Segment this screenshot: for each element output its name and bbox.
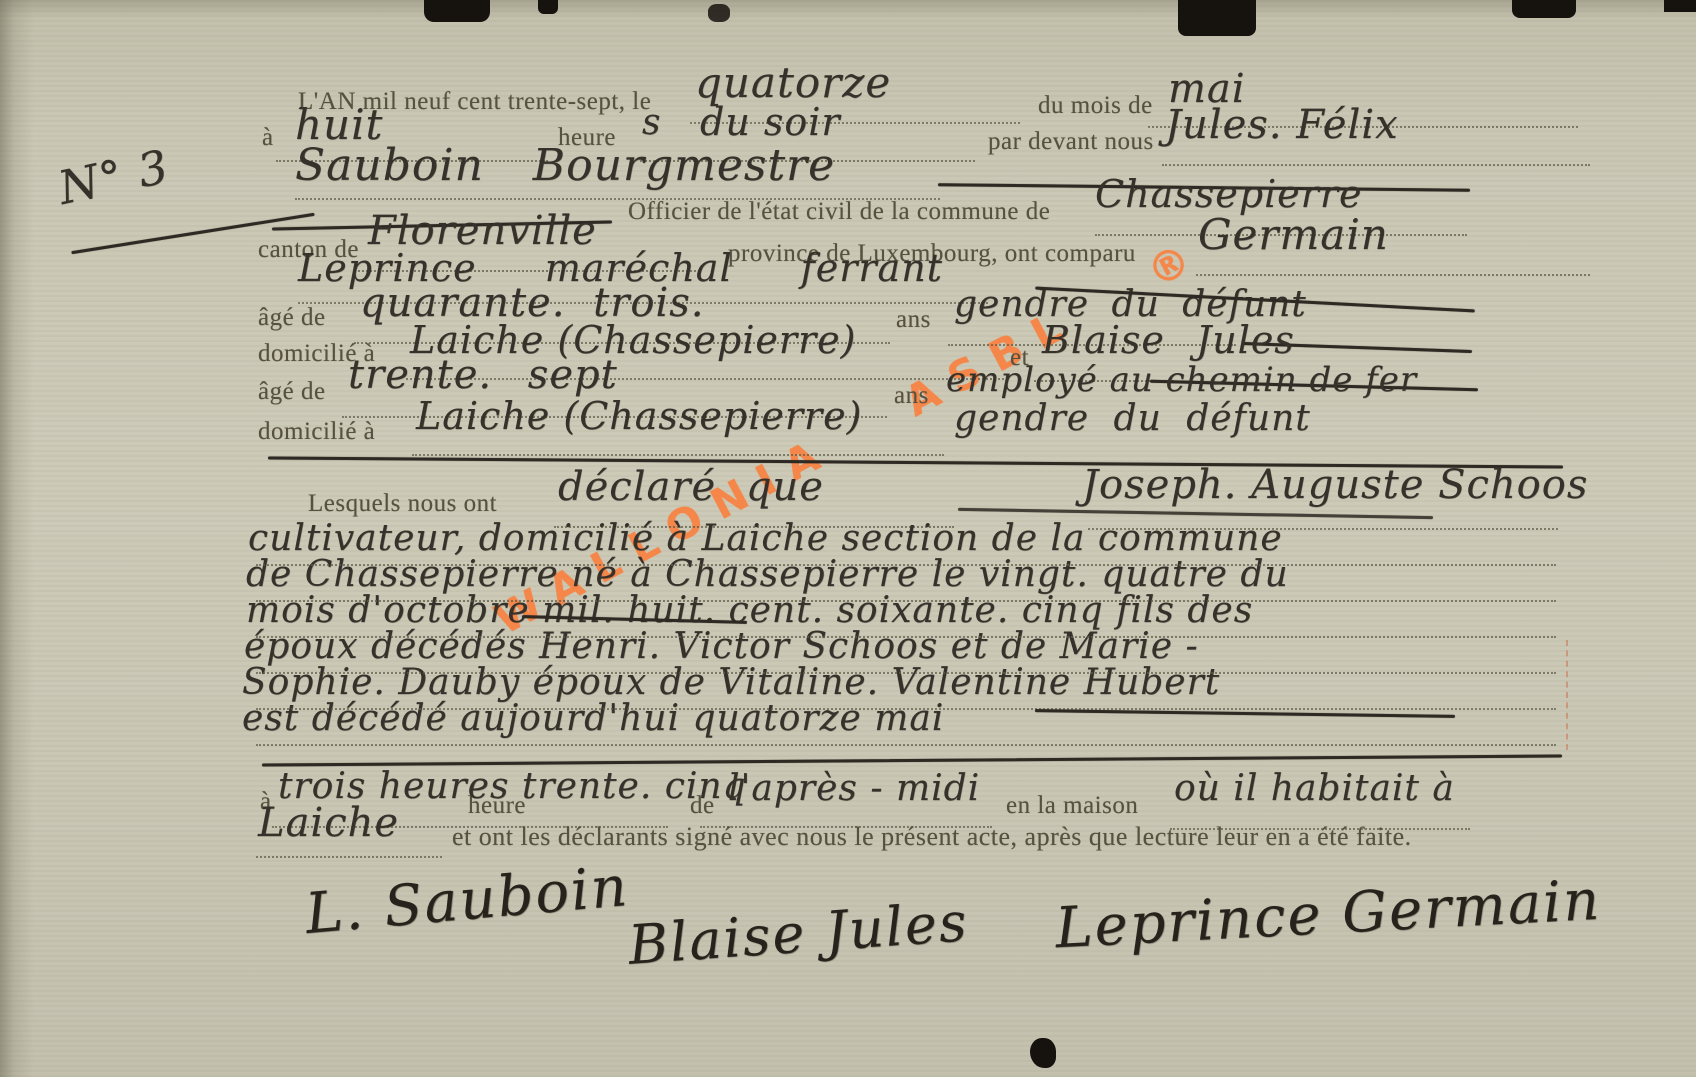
printed-age-label: âgé de (258, 378, 326, 406)
signature-witness1: Leprince Germain (1054, 868, 1603, 962)
handwritten-body-line: est décédé aujourd'hui quatorze mai (242, 698, 944, 739)
dotted-rule (1196, 272, 1590, 276)
ink-stroke (1035, 709, 1455, 718)
handwritten-body-line: Sophie. Dauby époux de Vitaline. Valenti… (242, 662, 1220, 703)
scan-artifact (1512, 0, 1576, 18)
handwritten-witness2-name: Blaise Jules (1042, 318, 1295, 362)
scan-artifact (708, 4, 730, 22)
signature-witness2: Blaise Jules (626, 890, 970, 977)
dotted-rule (256, 742, 1556, 746)
printed-of-label: de (690, 792, 715, 820)
handwritten-officer-firstnames: Jules. Félix (1165, 102, 1399, 148)
scan-artifact (424, 0, 490, 22)
dotted-rule (256, 854, 442, 858)
handwritten-body-line: de Chassepierre né à Chassepierre le vin… (246, 554, 1289, 595)
dotted-rule (412, 452, 944, 456)
handwritten-officer-name: Sauboin Bourgmestre (295, 140, 835, 191)
printed-age-label: âgé de (258, 304, 326, 332)
handwritten-death-period: l'après - midi (728, 768, 980, 809)
red-stitch-mark (1566, 640, 1568, 750)
death-record-scan: WALLONIA ASBL ® N° 3 L'AN mil neuf cent … (0, 0, 1696, 1077)
ink-stroke (262, 754, 1562, 766)
signature-mayor: L. Sauboin (303, 854, 632, 947)
printed-closing-line: et ont les déclarants signé avec nous le… (452, 822, 1412, 852)
dotted-rule (256, 670, 1556, 674)
printed-before-us: par devant nous (988, 128, 1154, 156)
printed-at-label: à (262, 124, 274, 152)
printed-domicile-label: domicilié à (258, 418, 375, 446)
handwritten-body-line: mois d'octobre mil. huit. cent. soixante… (246, 590, 1253, 631)
scan-artifact (538, 0, 558, 14)
ink-blot (1030, 1038, 1056, 1068)
dotted-rule (256, 598, 1556, 602)
printed-house-label: en la maison (1006, 792, 1138, 820)
dotted-rule (256, 706, 1556, 710)
printed-month-label: du mois de (1038, 92, 1153, 120)
dotted-rule (1162, 162, 1590, 166)
handwritten-witness1-firstname: Germain (1198, 210, 1389, 259)
handwritten-witness2-occupation: employé au chemin de fer (946, 360, 1417, 400)
handwritten-witness2-note: gendre du défunt (954, 398, 1311, 439)
handwritten-period: du soir (700, 100, 841, 144)
handwritten-hour-plural: s (642, 102, 661, 143)
handwritten-witness2-age: trente. sept (348, 352, 618, 398)
handwritten-death-house: où il habitait à (1174, 768, 1455, 809)
printed-declarants-intro: Lesquels nous ont (308, 490, 497, 518)
dotted-rule (256, 562, 1556, 566)
handwritten-declaration-verb: déclaré que (558, 464, 824, 510)
handwritten-body-line: cultivateur, domicilié à Laiche section … (248, 518, 1283, 559)
printed-years-label: ans (896, 306, 931, 334)
margin-act-number: N° 3 (54, 139, 174, 215)
scan-artifact (1664, 0, 1696, 12)
handwritten-body-line: époux décédés Henri. Victor Schoos et de… (244, 626, 1199, 667)
printed-years-label: ans (894, 382, 929, 410)
scan-artifact (1178, 0, 1256, 36)
handwritten-deceased-name: Joseph. Auguste Schoos (1082, 462, 1588, 508)
handwritten-death-place: Laiche (258, 800, 399, 846)
handwritten-witness2-domicile: Laiche (Chassepierre) (416, 394, 863, 438)
dotted-rule (256, 634, 1556, 638)
printed-officer-line: Officier de l'état civil de la commune d… (628, 198, 1050, 226)
